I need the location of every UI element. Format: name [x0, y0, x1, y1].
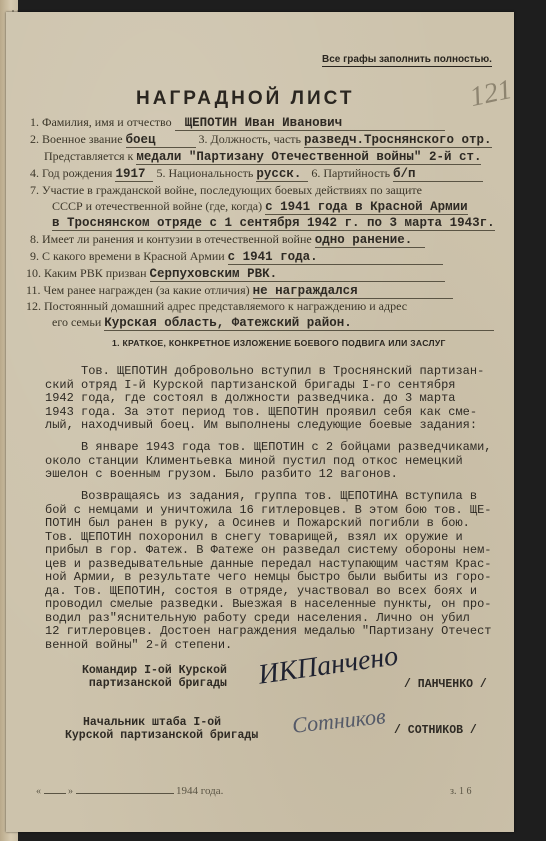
- field-label: 6. Партийность: [311, 166, 390, 180]
- field-birth-nationality-party: 4. Год рождения 1917 5. Национальность р…: [30, 166, 483, 182]
- field-value-red-army-since: с 1941 года.: [228, 250, 443, 265]
- field-label: 2. Военное звание: [30, 132, 123, 146]
- field-value-home-address: Курская область, Фатежский район.: [104, 316, 494, 331]
- field-label: 3. Должность, часть: [199, 132, 301, 146]
- field-previous-awards: 11. Чем ранее награжден (за какие отличи…: [26, 283, 453, 299]
- footer-date-line: « » 1944 года.: [36, 785, 223, 797]
- deed-paragraph-3: Возвращаясь из задания, группа тов. ЩЕПО…: [45, 490, 523, 652]
- field-value-birth-year: 1917: [115, 167, 153, 182]
- deed-paragraph-2: В январе 1943 года тов. ЩЕПОТИН с 2 бойц…: [45, 441, 523, 482]
- chief-title-line-2: Курской партизанской бригады: [65, 729, 258, 742]
- field-value-war-participation-1: с 1941 года в Красной Армии: [265, 200, 468, 215]
- chief-of-staff-name: / СОТНИКОВ /: [394, 724, 477, 737]
- field-value-position: разведч.Троснянского отр.: [304, 133, 492, 148]
- field-value-war-participation-2: в Троснянском отряде с 1 сентября 1942 г…: [52, 216, 495, 231]
- field-war-participation-line-2: СССР и отечественной войне (где, когда) …: [52, 199, 468, 215]
- field-label: 7. Участие в гражданской войне, последую…: [30, 183, 422, 197]
- field-label: его семьи: [52, 315, 101, 329]
- commander-title: Командир I-ой Курской партизанской брига…: [82, 664, 227, 690]
- chief-of-staff-title: Начальник штаба I-ой Курской партизанско…: [65, 716, 258, 742]
- date-quote-close: »: [68, 786, 73, 797]
- field-war-participation-line-3: в Троснянском отряде с 1 сентября 1942 г…: [52, 215, 495, 231]
- field-value-party: б/п: [393, 167, 483, 182]
- field-wounds: 8. Имеет ли ранения и контузии в отечест…: [30, 232, 425, 248]
- field-value-rank: боец: [126, 133, 196, 148]
- field-value-presented-to: медали "Партизану Отечественной войны" 2…: [136, 150, 481, 165]
- field-red-army-since: 9. С какого времени в Красной Армии с 19…: [30, 249, 443, 265]
- form-code: з. 1 6: [450, 786, 471, 797]
- commander-title-line-2: партизанской бригады: [82, 677, 227, 690]
- field-label: СССР и отечественной войне (где, когда): [52, 199, 262, 213]
- commander-title-line-1: Командир I-ой Курской: [82, 664, 227, 677]
- field-label: 9. С какого времени в Красной Армии: [30, 249, 225, 263]
- date-quote-open: «: [36, 786, 41, 797]
- date-year: 1944 года.: [176, 785, 223, 797]
- field-presented-to: Представляется к медали "Партизану Отече…: [44, 149, 481, 165]
- field-label: 5. Национальность: [156, 166, 253, 180]
- field-war-participation: 7. Участие в гражданской войне, последую…: [30, 183, 422, 198]
- chief-title-line-1: Начальник штаба I-ой: [65, 716, 258, 729]
- field-value-full-name: ЩЕПОТИН Иван Иванович: [175, 116, 445, 131]
- field-value-rvk: Серпуховским РВК.: [150, 267, 445, 282]
- field-label: 12. Постоянный домашний адрес представля…: [26, 299, 407, 313]
- field-rvk: 10. Каким РВК призван Серпуховским РВК.: [26, 266, 445, 282]
- date-day-blank: [44, 793, 66, 794]
- field-home-address: 12. Постоянный домашний адрес представля…: [26, 299, 407, 314]
- field-value-nationality: русск.: [256, 167, 308, 182]
- fill-all-fields-note: Все графы заполнить полностью.: [322, 54, 492, 67]
- field-label: 4. Год рождения: [30, 166, 112, 180]
- field-home-address-line-2: его семьи Курская область, Фатежский рай…: [52, 315, 494, 331]
- commander-name: / ПАНЧЕНКО /: [404, 678, 487, 691]
- section-heading-deeds: 1. КРАТКОЕ, КОНКРЕТНОЕ ИЗЛОЖЕНИЕ БОЕВОГО…: [112, 338, 446, 348]
- field-value-wounds: одно ранение.: [315, 233, 425, 248]
- field-label: 8. Имеет ли ранения и контузии в отечест…: [30, 232, 312, 246]
- field-rank-position: 2. Военное звание боец 3. Должность, час…: [30, 132, 492, 148]
- field-label: 1. Фамилия, имя и отчество: [30, 115, 172, 129]
- field-label: 10. Каким РВК призван: [26, 266, 147, 280]
- field-label: 11. Чем ранее награжден (за какие отличи…: [26, 283, 250, 297]
- document-title: НАГРАДНОЙ ЛИСТ: [136, 88, 354, 110]
- deed-paragraph-1: Тов. ЩЕПОТИН добровольно вступил в Тросн…: [45, 365, 523, 433]
- field-full-name: 1. Фамилия, имя и отчество ЩЕПОТИН Иван …: [30, 115, 445, 131]
- date-month-blank: [76, 793, 174, 794]
- field-label: Представляется к: [44, 149, 133, 163]
- field-value-previous-awards: не награждался: [253, 284, 453, 299]
